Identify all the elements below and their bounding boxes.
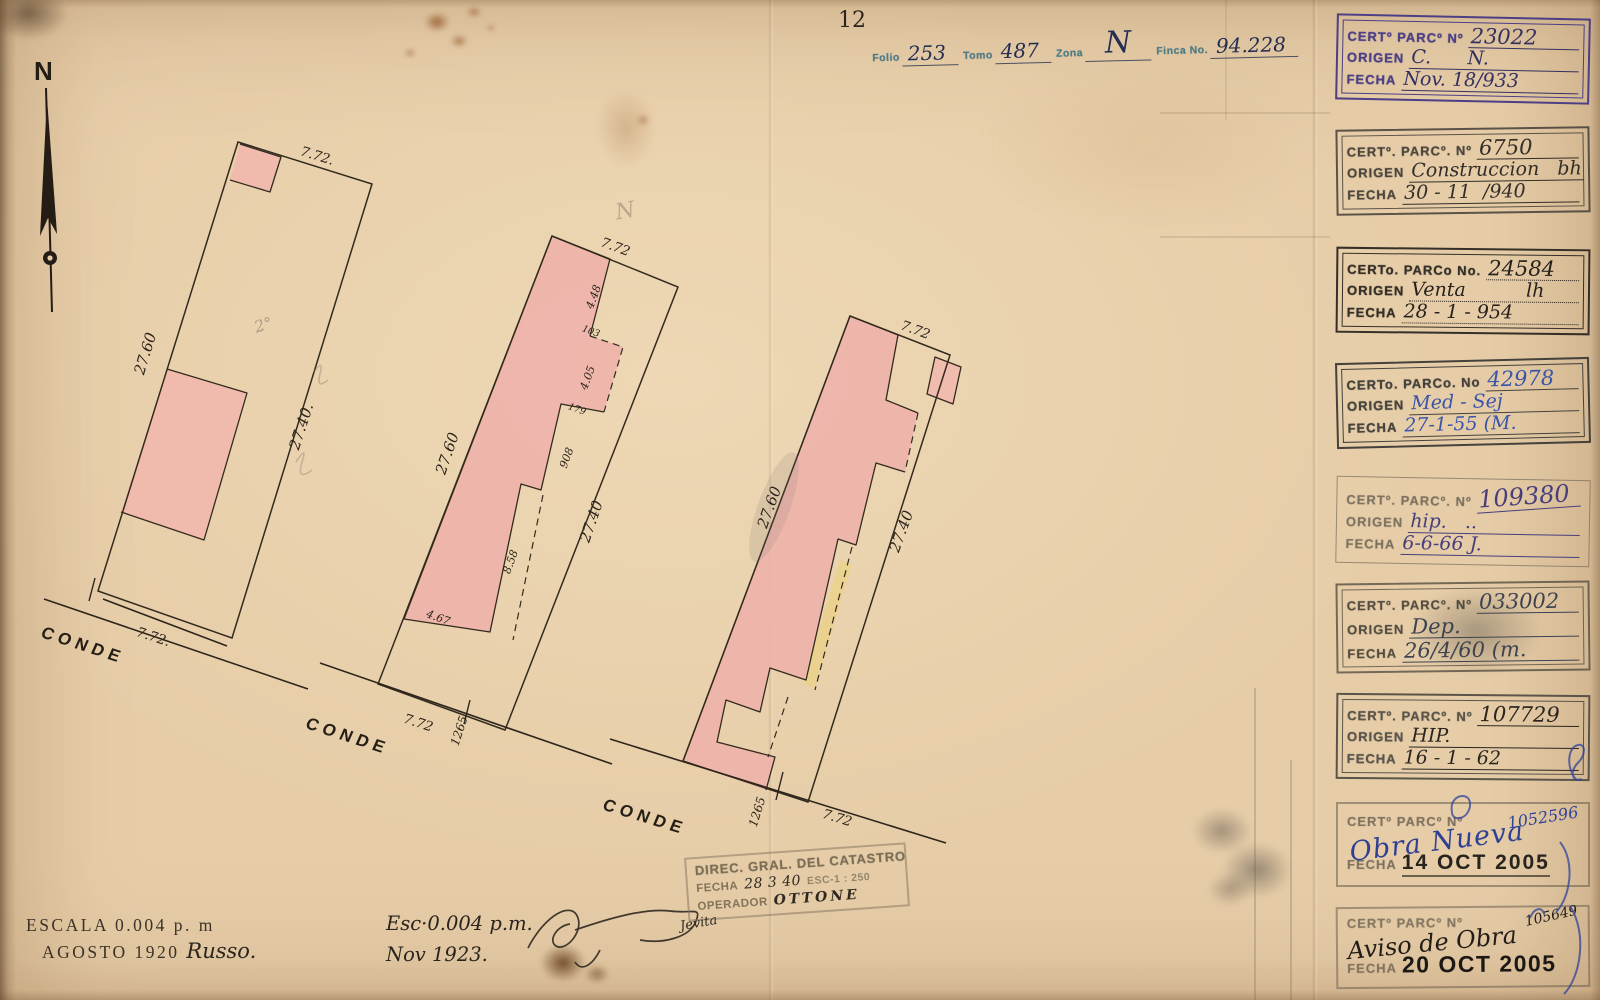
fecha-value: 6-6-66 J. bbox=[1400, 534, 1580, 558]
cert-stamp-6: CERTº. PARCº. Nº033002 ORIGENDep. FECHA2… bbox=[1335, 580, 1590, 673]
fecha-label: FECHA bbox=[1346, 72, 1396, 88]
catastro-operador-value: OTTONE bbox=[773, 887, 860, 909]
finca-label: Finca No. bbox=[1156, 44, 1210, 60]
cert-label: CERTº. PARCº. Nº bbox=[1347, 143, 1473, 160]
cert-number: 107729 bbox=[1477, 703, 1579, 727]
cert-label: CERTº. PARCº. Nº bbox=[1347, 597, 1473, 614]
tomo-label: Tomo bbox=[963, 49, 995, 65]
dashed-measure-line bbox=[513, 495, 543, 640]
front-dim: 7.72 bbox=[899, 318, 933, 343]
survey-tick bbox=[776, 772, 783, 800]
dim: 908 bbox=[557, 446, 576, 470]
left-depth-dim: 27.60 bbox=[431, 430, 462, 478]
tomo-value: 487 bbox=[994, 38, 1051, 64]
dashed-measure-line bbox=[768, 697, 788, 757]
front-dim: 7.72. bbox=[298, 144, 336, 169]
surveyor-name: Russo. bbox=[186, 939, 256, 963]
cert-label: CERTº. PARCº. Nº bbox=[1347, 708, 1472, 724]
fecha-label: FECHA bbox=[1347, 305, 1397, 321]
street-name: CONDE bbox=[303, 714, 393, 758]
north-label: N bbox=[34, 56, 53, 86]
street-name: CONDE bbox=[600, 795, 690, 838]
origen-value: Dep. bbox=[1409, 614, 1579, 639]
folio-label: Folio bbox=[872, 52, 902, 68]
cert-stamp-3: CERTo. PARCo No.24584 ORIGENVenta lh FEC… bbox=[1336, 247, 1591, 336]
fecha-label: FECHA bbox=[1347, 420, 1397, 436]
survey-tick bbox=[89, 578, 95, 601]
zona-label: Zona bbox=[1056, 47, 1085, 63]
right-depth-dim: 27.40. bbox=[285, 401, 317, 453]
cert-stamp-1: CERTº PARCº Nº23022 ORIGENC. N. FECHANov… bbox=[1335, 13, 1591, 104]
fecha-line: AGOSTO 1920 bbox=[42, 942, 180, 962]
cert-number: 24584 bbox=[1486, 257, 1579, 281]
fecha-label: FECHA bbox=[1347, 646, 1397, 662]
catastro-fecha-label: FECHA bbox=[696, 880, 739, 895]
catastro-operador-label: OPERADOR bbox=[697, 896, 768, 913]
page-number: 12 bbox=[838, 8, 866, 33]
frontage-dim: 7.72 bbox=[820, 806, 853, 830]
pencil-scribble bbox=[314, 365, 328, 383]
cert-number: 6750 bbox=[1477, 135, 1579, 159]
origen-label: ORIGEN bbox=[1346, 514, 1404, 530]
cert-stamp-8: CERTº PARCº Nº1052596 Obra Nueva FECHA14… bbox=[1336, 802, 1590, 887]
cert-label: CERTº PARCº Nº bbox=[1347, 29, 1463, 46]
fecha-value: 26/4/60 (m. bbox=[1402, 638, 1579, 663]
street-name: CONDE bbox=[38, 623, 128, 667]
cert-number: 109380 bbox=[1476, 481, 1581, 514]
signature-flourish bbox=[1558, 737, 1588, 785]
fecha-label: FECHA bbox=[1347, 751, 1397, 766]
cert-number: 42978 bbox=[1485, 366, 1579, 391]
parcel-3: 7.72 27.60 27.40 1265 7.72 CONDE bbox=[600, 316, 961, 843]
origen-label: ORIGEN bbox=[1347, 283, 1404, 299]
catastro-fecha-value: 28 3 40 bbox=[744, 873, 802, 893]
surveyor-signature bbox=[528, 910, 698, 967]
building-footprint bbox=[230, 144, 281, 192]
parcel-1: 7.72. 27.60 27.40. 2° 7.72. CONDE bbox=[38, 142, 372, 689]
finca-value: 94.228 bbox=[1210, 32, 1299, 59]
cert-stamp-5: CERTº. PARCº. Nº109380 ORIGENhip. .. FEC… bbox=[1335, 476, 1590, 567]
pencil-note: 2° bbox=[251, 313, 275, 337]
fecha-label: FECHA bbox=[1345, 536, 1395, 552]
cert-stamp-7: CERTº. PARCº. Nº107729 ORIGENHIP. FECHA1… bbox=[1336, 693, 1591, 781]
origen-label: ORIGEN bbox=[1347, 50, 1405, 66]
folio-value: 253 bbox=[901, 40, 958, 66]
right-depth-dim: 27.40 bbox=[575, 498, 606, 546]
pencil-north: N bbox=[613, 197, 638, 225]
scanned-cadastral-document: N 7.72. 27.60 27.40. 2° 7.72. CONDE bbox=[0, 0, 1600, 1000]
north-arrow-ring-hole bbox=[47, 255, 52, 260]
cert-stamp-2: CERTº. PARCº. Nº6750 ORIGENConstruccion … bbox=[1335, 126, 1590, 215]
fecha-value: 16 - 1 - 62 bbox=[1401, 748, 1578, 770]
building-footprint bbox=[683, 316, 918, 790]
north-arrow-head bbox=[40, 98, 57, 236]
cert-stamp-9: CERTº PARCº Nº105649 Aviso de Obra FECHA… bbox=[1336, 905, 1591, 989]
cert-label: CERTº. PARCº. Nº bbox=[1346, 492, 1472, 509]
scale-block-1920: ESCALA 0.004 p. m AGOSTO 1920 Russo. bbox=[26, 915, 256, 963]
origen-value: Construccion bh bbox=[1409, 159, 1584, 182]
catastro-escala: ESC-1 : 250 bbox=[807, 871, 871, 887]
fecha-line: Nov 1923. bbox=[386, 943, 533, 966]
house-number: 1265 bbox=[746, 795, 768, 828]
house-number: 1265 bbox=[448, 714, 471, 747]
origen-label: ORIGEN bbox=[1347, 622, 1404, 638]
right-depth-dim: 27.40 bbox=[885, 508, 917, 556]
fecha-value: Nov. 18/933 bbox=[1401, 70, 1579, 95]
cert-number: 033002 bbox=[1477, 590, 1579, 614]
cert-label: CERTo. PARCo No. bbox=[1347, 262, 1481, 278]
scale-block-1923: Esc·0.004 p.m. Nov 1923. bbox=[386, 912, 533, 974]
left-depth-dim: 27.60 bbox=[130, 330, 160, 378]
escala-line: ESCALA 0.004 p. m bbox=[26, 915, 256, 936]
zona-value: N bbox=[1084, 24, 1151, 62]
pencil-scribble bbox=[296, 453, 312, 475]
frontage-dim: 7.72. bbox=[134, 624, 172, 650]
origen-label: ORIGEN bbox=[1347, 729, 1404, 744]
origen-label: ORIGEN bbox=[1347, 165, 1405, 181]
escala-line: Esc·0.004 p.m. bbox=[386, 912, 533, 935]
cert-stamp-4: CERTo. PARCo. No42978 ORIGENMed - Sej FE… bbox=[1335, 357, 1591, 449]
origen-value: HIP. bbox=[1409, 727, 1579, 749]
fecha-label: FECHA bbox=[1347, 187, 1397, 203]
fecha-value: 28 - 1 - 954 bbox=[1401, 302, 1578, 325]
parcel-2: 7.72 4.48 103 4.05 179 908 27.60 27.40 8… bbox=[303, 197, 678, 764]
frontage-dim: 7.72 bbox=[401, 711, 435, 736]
origen-label: ORIGEN bbox=[1347, 397, 1405, 413]
building-footprint bbox=[927, 357, 961, 404]
fecha-value: 30 - 11 /940 bbox=[1402, 181, 1579, 204]
fecha-value: 27-1-55 (M. bbox=[1402, 412, 1580, 437]
north-arrow: N bbox=[34, 56, 57, 312]
